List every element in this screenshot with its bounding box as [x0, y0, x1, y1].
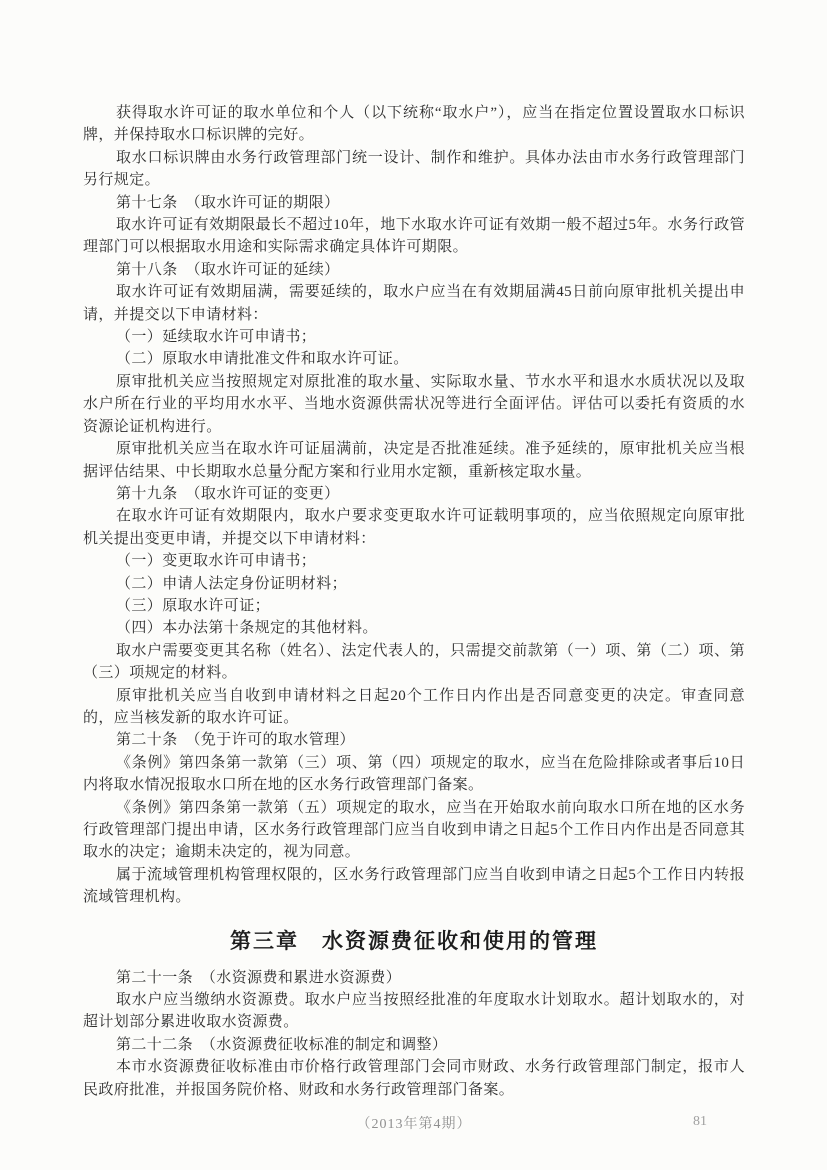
paragraph: 原审批机关应当按照规定对原批准的取水量、实际取水量、节水水平和退水水质状况以及取…	[83, 371, 745, 438]
paragraph: 取水户需要变更其名称（姓名）、法定代表人的，只需提交前款第（一）项、第（二）项、…	[83, 640, 745, 685]
article-heading: 第二十一条 （水资源费和累进水资源费）	[83, 967, 745, 989]
list-item: （二）申请人法定身份证明材料；	[83, 573, 745, 595]
document-page: 获得取水许可证的取水单位和个人（以下统称“取水户”），应当在指定位置设置取水口标…	[0, 0, 827, 1170]
list-item: （三）原取水许可证；	[83, 595, 745, 617]
chapter-heading: 第三章 水资源费征收和使用的管理	[83, 925, 745, 955]
list-item: （一）延续取水许可申请书；	[83, 326, 745, 348]
paragraph: 原审批机关应当在取水许可证届满前，决定是否批准延续。准予延续的，原审批机关应当根…	[83, 438, 745, 483]
article-heading: 第十八条 （取水许可证的延续）	[83, 259, 745, 281]
paragraph: 在取水许可证有效期限内，取水户要求变更取水许可证载明事项的，应当依照规定向原审批…	[83, 505, 745, 550]
paragraph: 属于流域管理机构管理权限的，区水务行政管理部门应当自收到申请之日起5个工作日内转…	[83, 864, 745, 909]
paragraph: 《条例》第四条第一款第（三）项、第（四）项规定的取水，应当在危险排除或者事后10…	[83, 752, 745, 797]
paragraph: 取水口标识牌由水务行政管理部门统一设计、制作和维护。具体办法由市水务行政管理部门…	[83, 147, 745, 192]
page-footer: （2013年第4期） 81	[83, 1113, 745, 1135]
list-item: （二）原取水申请批准文件和取水许可证。	[83, 348, 745, 370]
article-heading: 第二十二条 （水资源费征收标准的制定和调整）	[83, 1034, 745, 1056]
paragraph: 原审批机关应当自收到申请材料之日起20个工作日内作出是否同意变更的决定。审查同意…	[83, 685, 745, 730]
list-item: （一）变更取水许可申请书；	[83, 550, 745, 572]
article-heading: 第十七条 （取水许可证的期限）	[83, 192, 745, 214]
document-content: 获得取水许可证的取水单位和个人（以下统称“取水户”），应当在指定位置设置取水口标…	[83, 102, 745, 1135]
article-heading: 第二十条 （免于许可的取水管理）	[83, 729, 745, 751]
paragraph: 获得取水许可证的取水单位和个人（以下统称“取水户”），应当在指定位置设置取水口标…	[83, 102, 745, 147]
paragraph: 取水许可证有效期限最长不超过10年，地下水取水许可证有效期一般不超过5年。水务行…	[83, 214, 745, 259]
paragraph: 本市水资源费征收标准由市价格行政管理部门会同市财政、水务行政管理部门制定，报市人…	[83, 1056, 745, 1101]
paragraph: 《条例》第四条第一款第（五）项规定的取水，应当在开始取水前向取水口所在地的区水务…	[83, 797, 745, 864]
list-item: （四）本办法第十条规定的其他材料。	[83, 617, 745, 639]
paragraph: 取水户应当缴纳水资源费。取水户应当按照经批准的年度取水计划取水。超计划取水的，对…	[83, 989, 745, 1034]
page-number: 81	[693, 1114, 707, 1130]
issue-label: （2013年第4期）	[357, 1117, 472, 1132]
paragraph: 取水许可证有效期届满，需要延续的，取水户应当在有效期届满45日前向原审批机关提出…	[83, 281, 745, 326]
article-heading: 第十九条 （取水许可证的变更）	[83, 483, 745, 505]
